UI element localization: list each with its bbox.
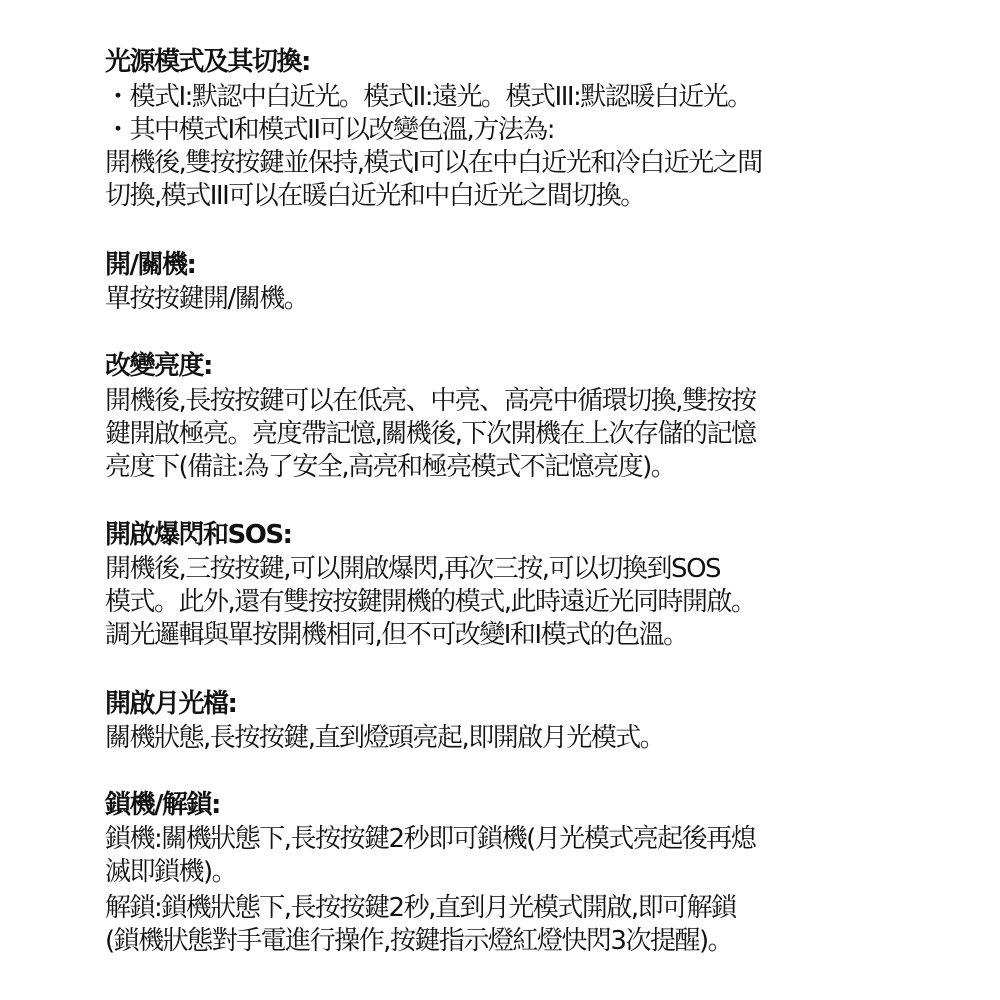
body-line: 鍵開啟極亮。亮度帶記憶,關機後,下次開機在上次存儲的記憶 [105,418,756,450]
body-line: ・模式I:默認中白近光。模式II:遠光。模式III:默認暖白近光。 [105,81,752,113]
body-line: 鎖機:關機狀態下,長按按鍵2秒即可鎖機(月光模式亮起後再熄 [105,823,755,855]
body-line: 解鎖:鎖機狀態下,長按按鍵2秒,直到月光模式開啟,即可解鎖 [105,892,736,924]
section-heading-lock-unlock: 鎖機/解鎖: [105,789,220,821]
section-heading-strobe-sos: 開啟爆閃和SOS: [105,519,291,551]
body-line: 調光邏輯與單按開機相同,但不可改變I和I模式的色溫。 [105,619,688,651]
body-line: 單按按鍵開/關機。 [105,283,308,315]
section-heading-light-modes: 光源模式及其切換: [105,46,310,78]
section-heading-brightness: 改變亮度: [105,350,212,382]
body-line: 模式。此外,還有雙按按鍵開機的模式,此時遠近光同時開啟。 [105,586,756,618]
body-line: 開機後,雙按按鍵並保持,模式I可以在中白近光和冷白近光之間 [105,147,762,179]
body-line: 開機後,三按按鍵,可以開啟爆閃,再次三按,可以切換到SOS [105,553,720,585]
body-line: 滅即鎖機)。 [105,856,236,888]
body-line: 關機狀態,長按按鍵,直到燈頭亮起,即開啟月光模式。 [105,722,664,754]
body-line: ・其中模式I和模式II可以改變色溫,方法為: [105,114,554,146]
body-line: 開機後,長按按鍵可以在低亮、中亮、高亮中循環切換,雙按按 [105,385,756,417]
section-heading-moonlight: 開啟月光檔: [105,688,236,720]
body-line: (鎖機狀態對手電進行操作,按鍵指示燈紅燈快閃3次提醒)。 [105,925,732,957]
body-line: 亮度下(備註:為了安全,高亮和極亮模式不記憶亮度)。 [105,451,675,483]
section-heading-power: 開/關機: [105,249,195,281]
body-line: 切換,模式III可以在暖白近光和中白近光之間切換。 [105,180,645,212]
